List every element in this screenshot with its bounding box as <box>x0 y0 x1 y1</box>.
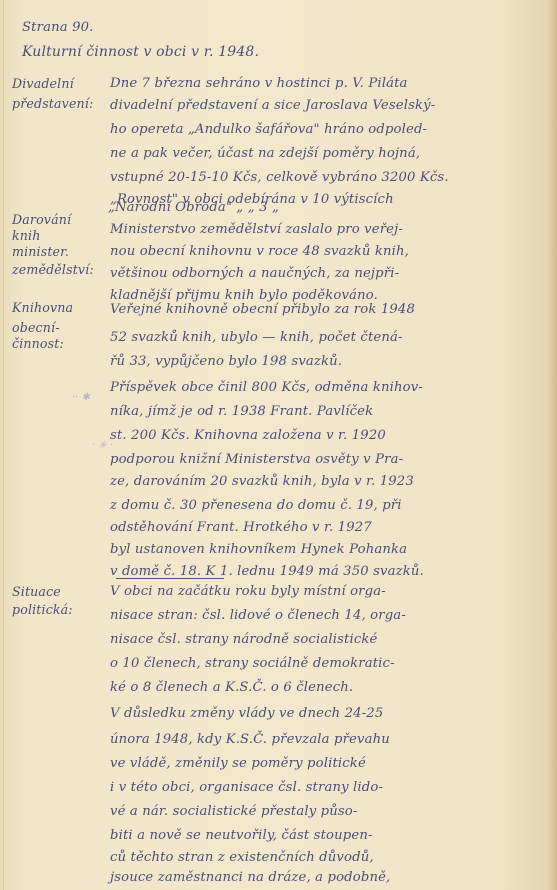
section-heading-politics: politická: <box>12 602 73 617</box>
text-line: ho opereta „Andulko šafářova" hráno odpo… <box>110 122 427 137</box>
chronicle-page: Strana 90. Kulturní činnost v obci v r. … <box>0 0 557 890</box>
section-heading-donation: knih <box>12 228 40 243</box>
text-line: Ministerstvo zemědělství zaslalo pro veř… <box>110 222 403 237</box>
faded-stamp-mark: · ✳ · <box>92 440 113 451</box>
text-line: ze, darováním 20 svazků knih, byla v r. … <box>110 474 414 489</box>
text-line: řů 33, vypůjčeno bylo 198 svazků. <box>110 354 342 369</box>
text-line: V důsledku změny vlády ve dnech 24-25 <box>110 706 383 721</box>
text-line: ne a pak večer, účast na zdejší poměry h… <box>110 146 420 161</box>
section-heading-theatre: Divadelní <box>12 76 74 91</box>
text-line: února 1948, kdy K.S.Č. převzala převahu <box>110 732 390 747</box>
text-line: nisace stran: čsl. lidové o členech 14, … <box>110 608 406 623</box>
section-heading-donation: minister. <box>12 244 69 259</box>
page-number: Strana 90. <box>22 20 94 35</box>
text-line: o 10 členech, strany sociálně demokratic… <box>110 656 395 671</box>
faded-stamp-mark: ·· ✱ <box>72 392 90 403</box>
section-heading-library: obecní- <box>12 320 60 335</box>
section-heading-library: činnost: <box>12 336 64 351</box>
text-line: podporou knižní Ministerstva osvěty v Pr… <box>110 452 403 467</box>
text-line: byl ustanoven knihovníkem Hynek Pohanka <box>110 542 407 557</box>
text-line: ké o 8 členech a K.S.Č. o 6 členech. <box>110 680 353 695</box>
text-line: divadelní představení a sice Jaroslava V… <box>110 98 435 113</box>
text-line: jsouce zaměstnanci na dráze, a podobně, <box>110 870 390 885</box>
text-line: i v této obci, organisace čsl. strany li… <box>110 780 383 795</box>
section-heading-politics: Situace <box>12 584 61 599</box>
section-heading-donation: Darování <box>12 212 71 227</box>
section-heading-library: Knihovna <box>12 300 73 315</box>
text-line: nisace čsl. strany národně socialistické <box>110 632 377 647</box>
text-line: ve vládě, změnily se poměry politické <box>110 756 366 771</box>
text-line: „Národní Obroda" „ „ 3 „ <box>108 200 279 215</box>
text-line: Příspěvek obce činil 800 Kčs, odměna kni… <box>110 380 423 395</box>
text-line: V obci na začátku roku byly místní orga- <box>110 584 386 599</box>
text-line: vstupné 20-15-10 Kčs, celkově vybráno 32… <box>110 170 449 185</box>
text-line: níka, jímž je od r. 1938 Frant. Pavlíček <box>110 404 373 419</box>
text-line: z domu č. 30 přenesena do domu č. 19, př… <box>110 498 402 513</box>
text-line: Dne 7 března sehráno v hostinci p. V. Pi… <box>110 76 408 91</box>
text-line: st. 200 Kčs. Knihovna založena v r. 1920 <box>110 428 386 443</box>
text-line: biti a nově se neutvořily, část stoupen- <box>110 828 373 843</box>
section-divider <box>116 578 224 579</box>
text-line: nou obecní knihovnu v roce 48 svazků kni… <box>110 244 409 259</box>
page-title: Kulturní činnost v obci v r. 1948. <box>22 44 259 60</box>
text-line: odstěhování Frant. Hrotkého v r. 1927 <box>110 520 372 535</box>
section-heading-donation: zemědělství: <box>12 262 94 277</box>
text-line: ců těchto stran z existenčních důvodů, <box>110 850 374 865</box>
text-line: většinou odborných a naučných, za nejpři… <box>110 266 399 281</box>
text-line: 52 svazků knih, ubylo — knih, počet čten… <box>110 330 403 345</box>
text-line: kladnější přijmu knih bylo poděkováno. <box>110 288 378 303</box>
text-line: Veřejné knihovně obecní přibylo za rok 1… <box>110 302 415 317</box>
section-heading-theatre: představení: <box>12 96 93 111</box>
text-line: vé a nár. socialistické přestaly půso- <box>110 804 358 819</box>
text-line: v domě č. 18. K 1. lednu 1949 má 350 sva… <box>110 564 424 579</box>
